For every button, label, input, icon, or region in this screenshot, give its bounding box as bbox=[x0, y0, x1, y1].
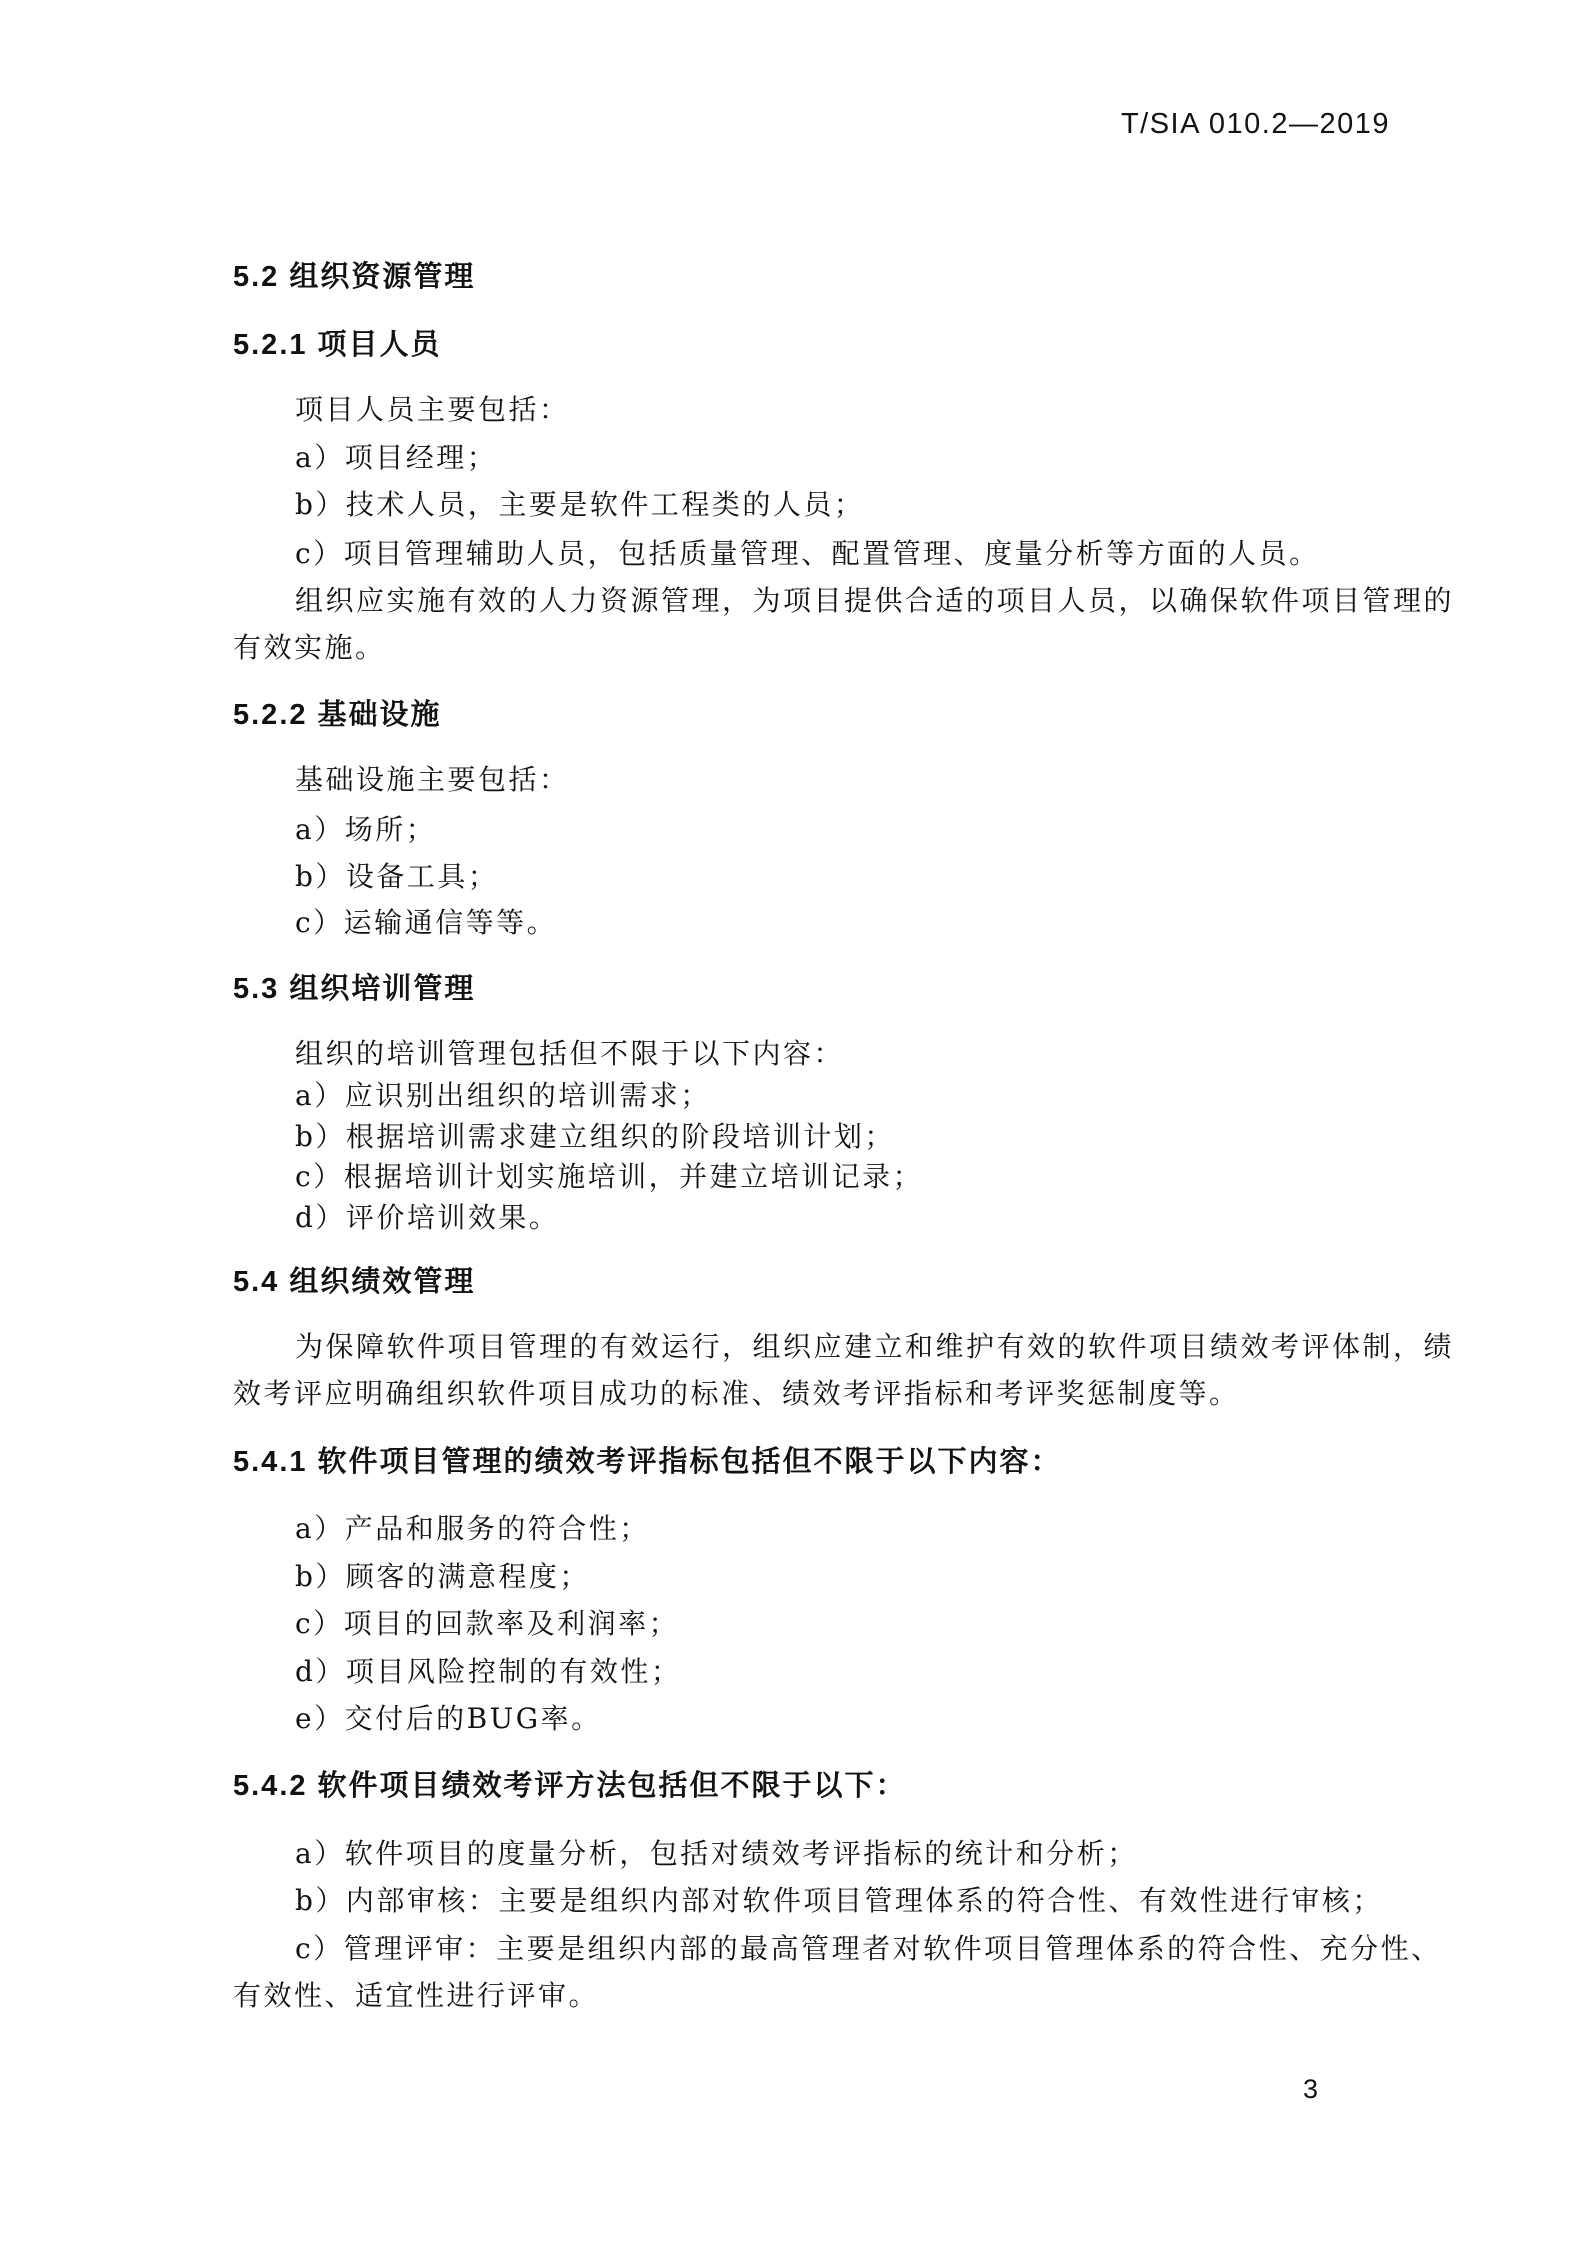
paragraph-line: 项目人员主要包括： bbox=[295, 392, 570, 427]
list-item: c）根据培训计划实施培训，并建立培训记录； bbox=[295, 1159, 923, 1194]
paragraph-line: 组织应实施有效的人力资源管理，为项目提供合适的项目人员，以确保软件项目管理的 bbox=[295, 583, 1454, 618]
list-item: a）场所； bbox=[295, 812, 436, 847]
list-item: c）管理评审：主要是组织内部的最高管理者对软件项目管理体系的符合性、充分性、 bbox=[295, 1931, 1442, 1966]
list-item: d）评价培训效果。 bbox=[295, 1200, 559, 1235]
list-item: d）项目风险控制的有效性； bbox=[295, 1654, 681, 1689]
list-item: b）技术人员，主要是软件工程类的人员； bbox=[295, 487, 864, 522]
list-item: c）运输通信等等。 bbox=[295, 905, 557, 940]
section-heading: 5.4.2 软件项目绩效考评方法包括但不限于以下： bbox=[233, 1768, 907, 1804]
paragraph-line: 基础设施主要包括： bbox=[295, 762, 570, 797]
paragraph-line: 组织的培训管理包括但不限于以下内容： bbox=[295, 1036, 844, 1071]
list-item: c）项目的回款率及利润率； bbox=[295, 1606, 679, 1641]
section-heading: 5.2.2 基础设施 bbox=[233, 697, 442, 733]
section-heading: 5.2 组织资源管理 bbox=[233, 259, 475, 295]
list-item: c）项目管理辅助人员，包括质量管理、配置管理、度量分析等方面的人员。 bbox=[295, 536, 1320, 571]
paragraph-line: 为保障软件项目管理的有效运行，组织应建立和维护有效的软件项目绩效考评体制，绩 bbox=[295, 1329, 1454, 1364]
list-item: b）内部审核：主要是组织内部对软件项目管理体系的符合性、有效性进行审核； bbox=[295, 1883, 1383, 1918]
list-item: b）顾客的满意程度； bbox=[295, 1559, 590, 1594]
list-item: e）交付后的BUG率。 bbox=[295, 1701, 602, 1736]
section-heading: 5.2.1 项目人员 bbox=[233, 327, 442, 363]
list-item: b）根据培训需求建立组织的阶段培训计划； bbox=[295, 1119, 895, 1154]
page-number: 3 bbox=[1303, 2074, 1318, 2105]
list-item: b）设备工具； bbox=[295, 859, 498, 894]
section-heading: 5.4 组织绩效管理 bbox=[233, 1264, 475, 1300]
paragraph-line: 有效实施。 bbox=[233, 630, 386, 665]
section-heading: 5.3 组织培训管理 bbox=[233, 971, 475, 1007]
document-header-standard-number: T/SIA 010.2—2019 bbox=[1121, 108, 1390, 141]
document-page: T/SIA 010.2—2019 5.2 组织资源管理5.2.1 项目人员项目人… bbox=[0, 0, 1587, 2245]
list-item: a）软件项目的度量分析，包括对绩效考评指标的统计和分析； bbox=[295, 1836, 1138, 1871]
list-item: a）项目经理； bbox=[295, 440, 497, 475]
section-heading: 5.4.1 软件项目管理的绩效考评指标包括但不限于以下内容： bbox=[233, 1444, 1062, 1480]
paragraph-line: 有效性、适宜性进行评审。 bbox=[233, 1978, 599, 2013]
paragraph-line: 效考评应明确组织软件项目成功的标准、绩效考评指标和考评奖惩制度等。 bbox=[233, 1376, 1240, 1411]
list-item: a）应识别出组织的培训需求； bbox=[295, 1078, 711, 1113]
list-item: a）产品和服务的符合性； bbox=[295, 1511, 650, 1546]
